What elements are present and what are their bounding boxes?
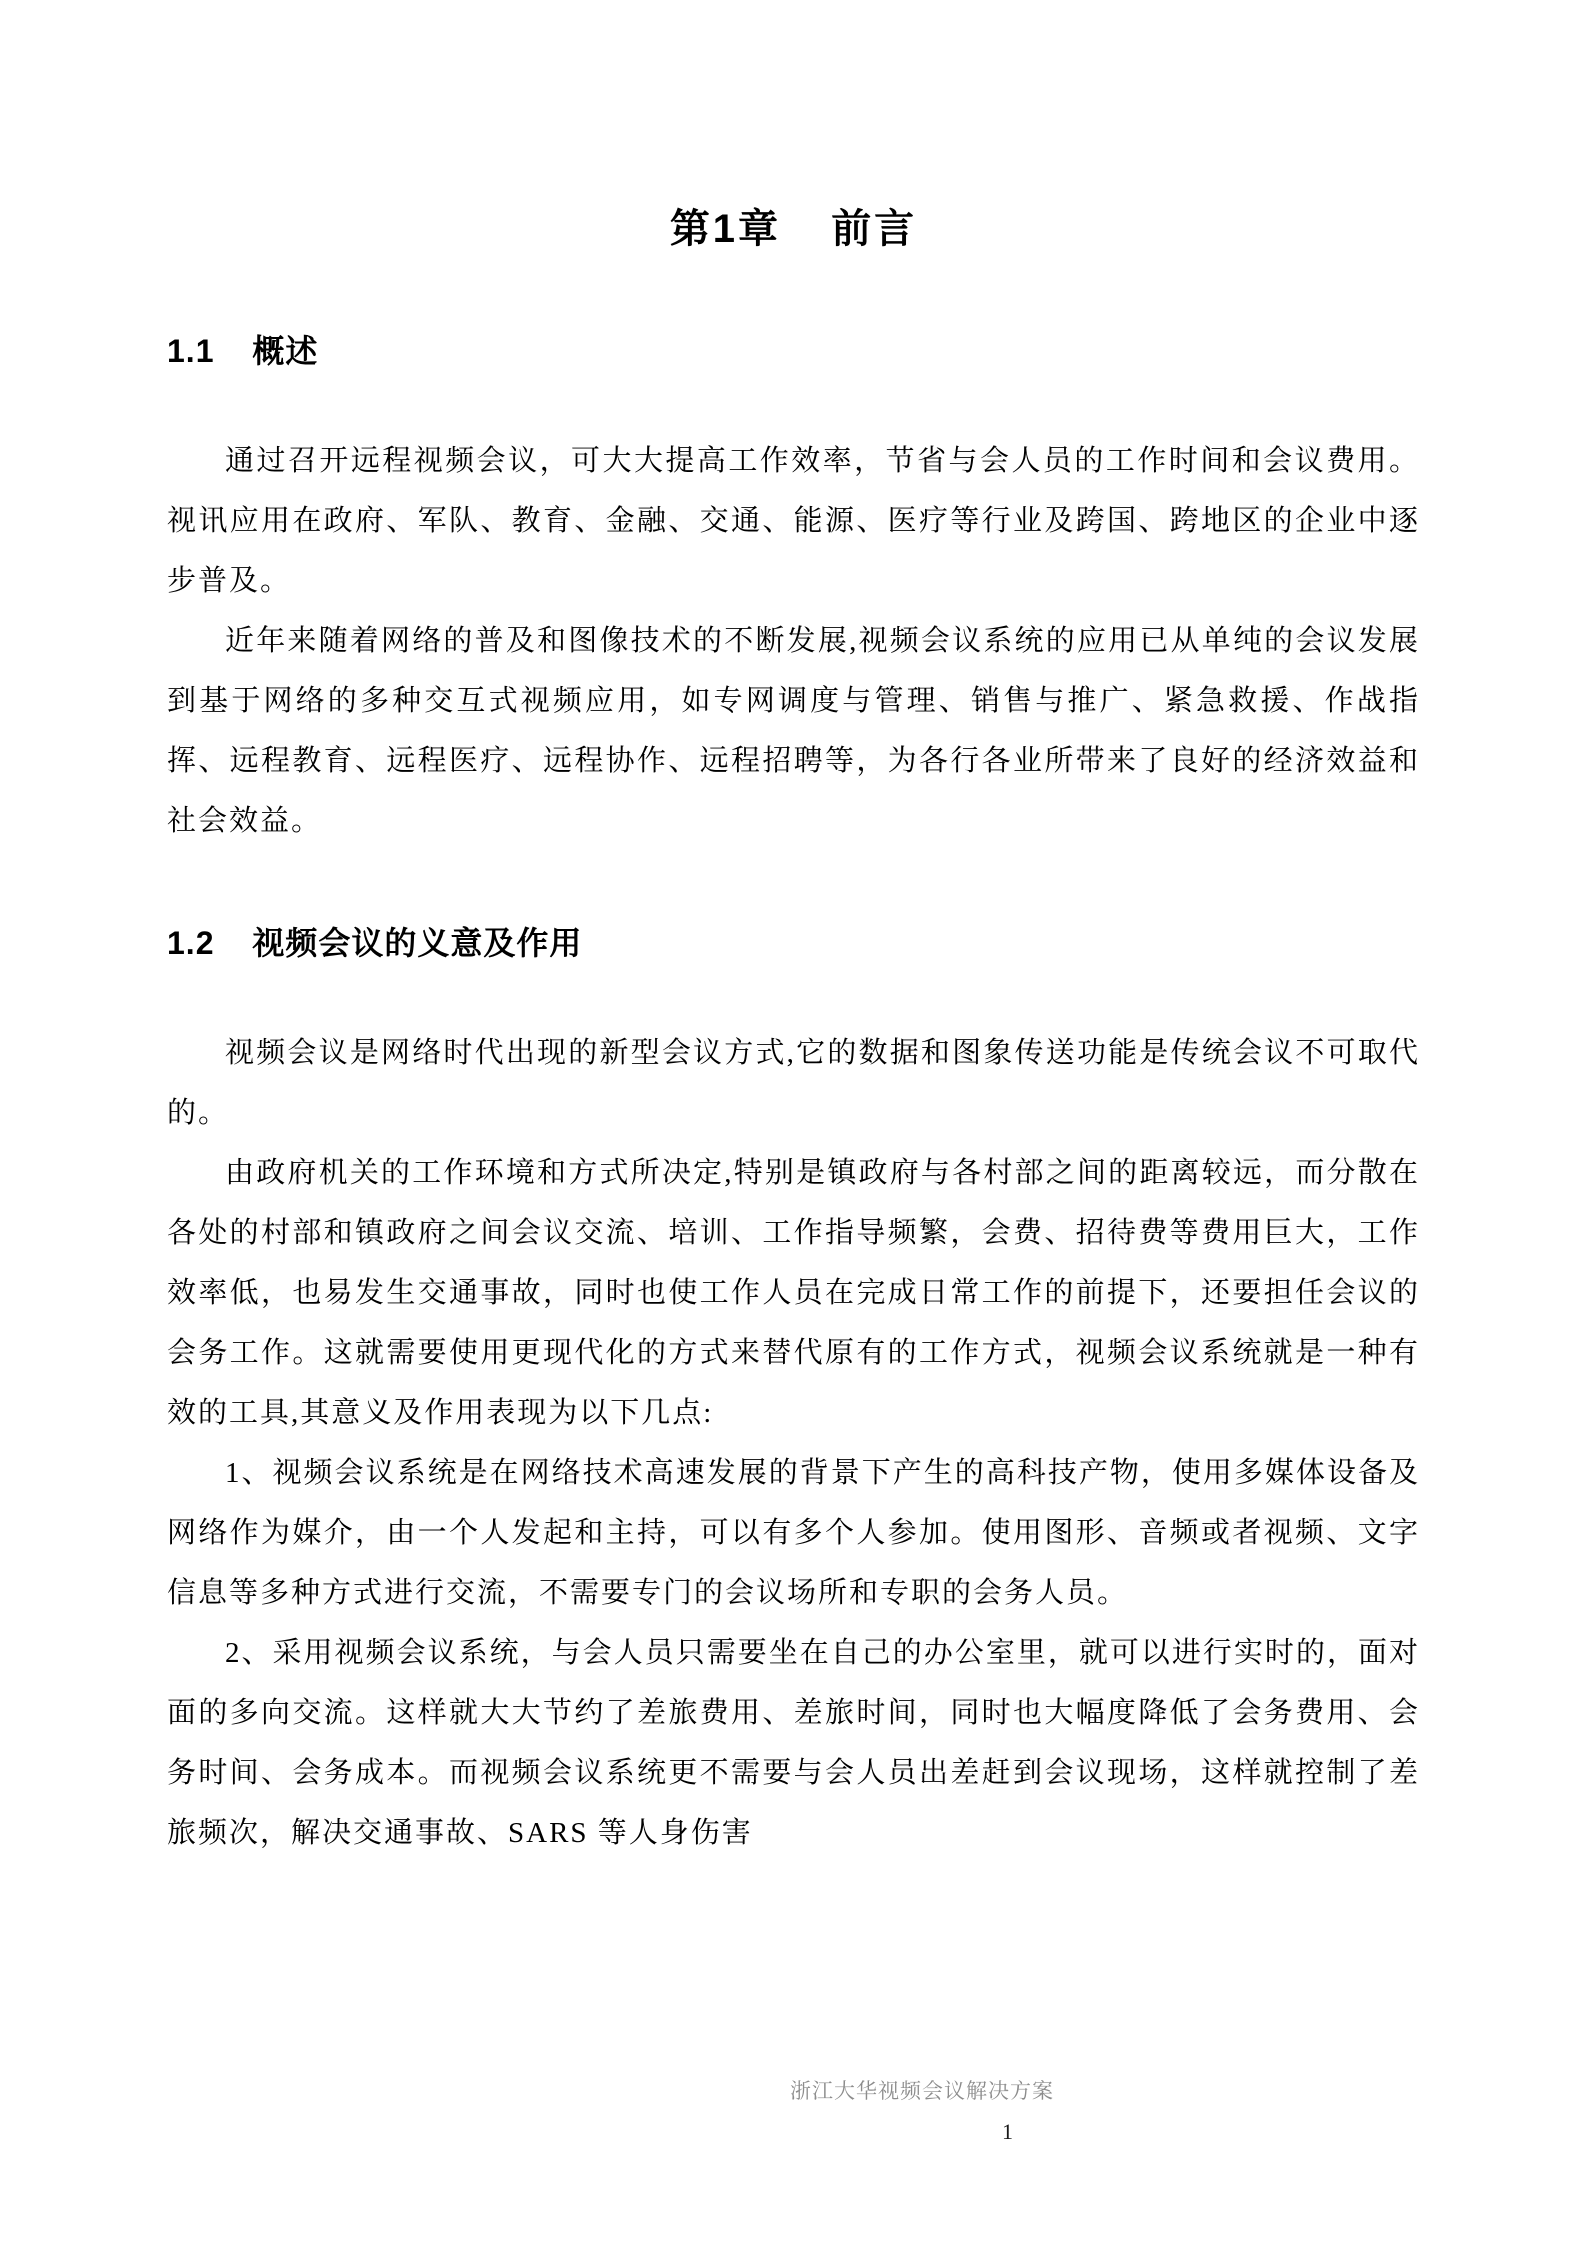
section-title: 视频会议的义意及作用 [252, 925, 582, 961]
paragraph-meaning-4: 2、采用视频会议系统，与会人员只需要坐在自己的办公室里，就可以进行实时的，面对面… [167, 1623, 1420, 1863]
paragraph-meaning-2: 由政府机关的工作环境和方式所决定,特别是镇政府与各村部之间的距离较远，而分散在各… [167, 1143, 1420, 1443]
section-number: 1.2 [167, 925, 214, 961]
paragraph-overview-2: 近年来随着网络的普及和图像技术的不断发展,视频会议系统的应用已从单纯的会议发展到… [167, 611, 1420, 851]
section-overview: 1.1 概述 通过召开远程视频会议，可大大提高工作效率，节省与会人员的工作时间和… [167, 331, 1420, 851]
page-footer-text: 浙江大华视频会议解决方案 [790, 2078, 1054, 2104]
chapter-title: 第1章 前言 [167, 205, 1420, 253]
document-page: 第1章 前言 1.1 概述 通过召开远程视频会议，可大大提高工作效率，节省与会人… [0, 0, 1587, 2245]
section-heading-1-1: 1.1 概述 [167, 331, 1420, 371]
paragraph-meaning-3: 1、视频会议系统是在网络技术高速发展的背景下产生的高科技产物，使用多媒体设备及网… [167, 1443, 1420, 1623]
section-meaning-and-role: 1.2 视频会议的义意及作用 视频会议是网络时代出现的新型会议方式,它的数据和图… [167, 923, 1420, 1863]
section-number: 1.1 [167, 333, 214, 369]
paragraph-meaning-1: 视频会议是网络时代出现的新型会议方式,它的数据和图象传送功能是传统会议不可取代的… [167, 1023, 1420, 1143]
chapter-name: 前言 [831, 207, 917, 251]
section-heading-1-2: 1.2 视频会议的义意及作用 [167, 923, 1420, 963]
section-title: 概述 [252, 333, 318, 369]
page-number: 1 [1002, 2118, 1013, 2146]
chapter-number: 第1章 [670, 207, 781, 251]
paragraph-overview-1: 通过召开远程视频会议，可大大提高工作效率，节省与会人员的工作时间和会议费用。视讯… [167, 431, 1420, 611]
